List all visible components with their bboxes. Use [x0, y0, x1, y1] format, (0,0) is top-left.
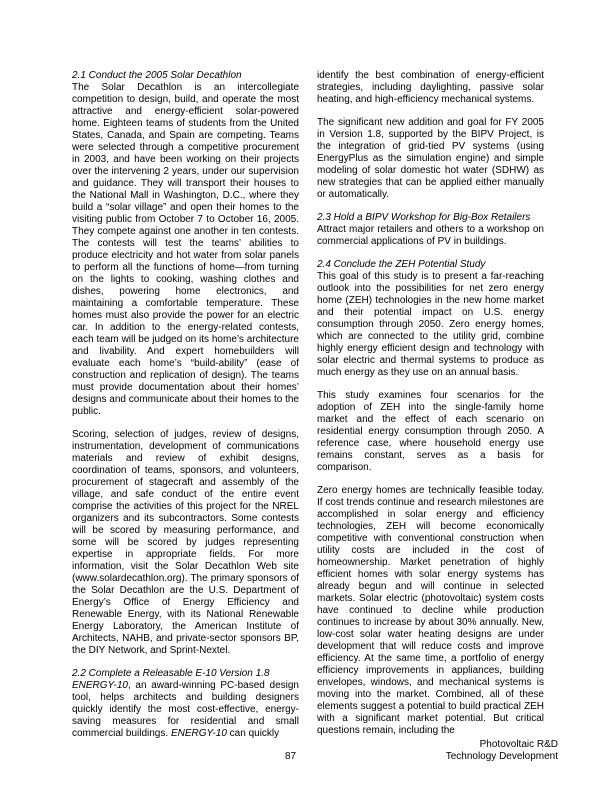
section-heading: 2.1 Conduct the 2005 Solar Decathlon: [72, 70, 299, 82]
right-column: identify the best combination of energy-…: [317, 70, 544, 751]
section-heading: 2.4 Conclude the ZEH Potential Study: [317, 259, 544, 271]
footer-imprint-line2: Technology Development: [446, 751, 558, 763]
body-paragraph: This goal of this study is to present a …: [317, 271, 544, 379]
footer-imprint: Photovoltaic R&D Technology Development: [446, 739, 558, 763]
body-paragraph: Scoring, selection of judges, review of …: [72, 429, 299, 657]
body-paragraph: Zero energy homes are technically feasib…: [317, 485, 544, 737]
document-page: 2.1 Conduct the 2005 Solar DecathlonThe …: [0, 0, 612, 792]
body-paragraph: The significant new addition and goal fo…: [317, 117, 544, 201]
page-number: 87: [285, 751, 296, 763]
section-heading: 2.3 Hold a BIPV Workshop for Big-Box Ret…: [317, 212, 544, 224]
body-paragraph: Attract major retailers and others to a …: [317, 224, 544, 248]
footer-imprint-line1: Photovoltaic R&D: [446, 739, 558, 751]
section-heading: 2.2 Complete a Releasable E-10 Version 1…: [72, 668, 299, 680]
left-column: 2.1 Conduct the 2005 Solar DecathlonThe …: [72, 70, 299, 751]
body-paragraph: The Solar Decathlon is an intercollegiat…: [72, 82, 299, 418]
body-paragraph: This study examines four scenarios for t…: [317, 390, 544, 474]
text-columns: 2.1 Conduct the 2005 Solar DecathlonThe …: [72, 70, 544, 751]
body-paragraph: identify the best combination of energy-…: [317, 70, 544, 106]
body-paragraph: ENERGY-10, an award-winning PC-based des…: [72, 680, 299, 740]
